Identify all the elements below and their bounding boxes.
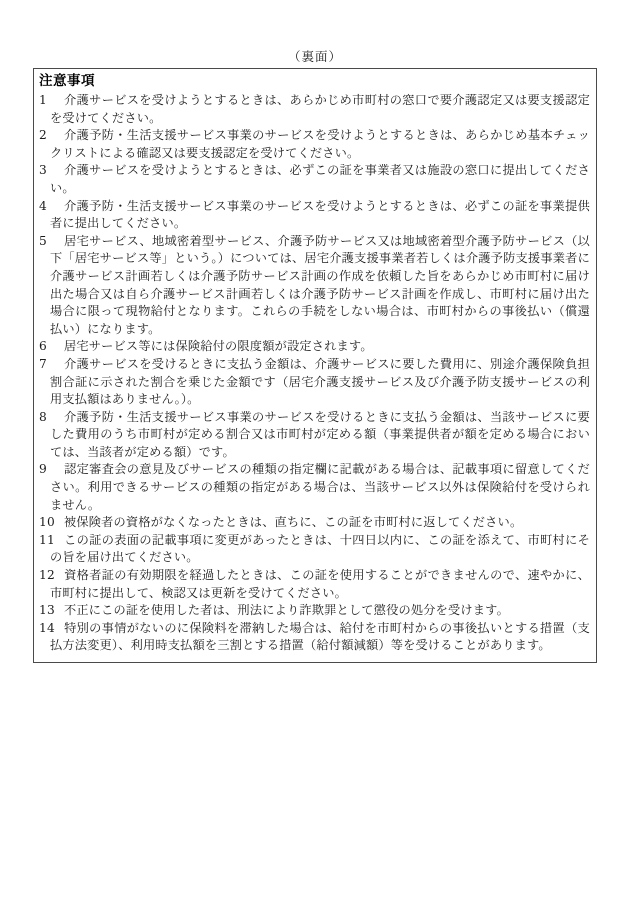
note-item-number: 1	[39, 92, 64, 110]
note-item-text: 特別の事情がないのに保険料を滞納した場合は、給付を市町村からの事後払いとする措置…	[50, 621, 590, 653]
note-item-text: 不正にこの証を使用した者は、刑法により詐欺罪として懲役の処分を受けます。	[64, 603, 509, 617]
note-item: 13不正にこの証を使用した者は、刑法により詐欺罪として懲役の処分を受けます。	[39, 602, 590, 620]
note-item-text: 介護サービスを受けるときに支払う金額は、介護サービスに要した費用に、別途介護保険…	[50, 357, 590, 406]
note-item-number: 9	[39, 461, 64, 479]
note-item-number: 5	[39, 233, 64, 251]
note-item-text: 認定審査会の意見及びサービスの種類の指定欄に記載がある場合は、記載事項に留意して…	[50, 462, 590, 511]
note-item-number: 6	[39, 338, 64, 356]
note-item: 4介護予防・生活支援サービス事業のサービスを受けようとするときは、必ずこの証を事…	[39, 198, 590, 233]
note-item-number: 7	[39, 356, 64, 374]
note-item: 14特別の事情がないのに保険料を滞納した場合は、給付を市町村からの事後払いとする…	[39, 620, 590, 655]
note-item-number: 11	[39, 532, 64, 550]
note-item-text: 居宅サービス、地域密着型サービス、介護予防サービス又は地域密着型介護予防サービス…	[50, 234, 590, 336]
note-item: 1介護サービスを受けようとするときは、あらかじめ市町村の窓口で要介護認定又は要支…	[39, 92, 590, 127]
note-item: 7介護サービスを受けるときに支払う金額は、介護サービスに要した費用に、別途介護保…	[39, 356, 590, 409]
note-item-text: 介護サービスを受けようとするときは、あらかじめ市町村の窓口で要介護認定又は要支援…	[50, 93, 590, 125]
note-item-number: 10	[39, 514, 64, 532]
note-item-number: 3	[39, 162, 64, 180]
note-item-text: 資格者証の有効期限を経過したときは、この証を使用することができませんので、速やか…	[50, 568, 590, 600]
note-item-text: 介護サービスを受けようとするときは、必ずこの証を事業者又は施設の窓口に提出してく…	[50, 163, 590, 195]
note-item-number: 12	[39, 567, 64, 585]
note-item-number: 4	[39, 198, 64, 216]
note-item-number: 13	[39, 602, 64, 620]
note-item: 5居宅サービス、地域密着型サービス、介護予防サービス又は地域密着型介護予防サービ…	[39, 233, 590, 339]
document-page: { "page": { "side_label": "（裏面）" }, "not…	[0, 0, 630, 915]
note-item: 3介護サービスを受けようとするときは、必ずこの証を事業者又は施設の窓口に提出して…	[39, 162, 590, 197]
note-item-text: 介護予防・生活支援サービス事業のサービスを受けるときに支払う金額は、当該サービス…	[50, 410, 590, 459]
note-item-number: 8	[39, 409, 64, 427]
note-item-number: 14	[39, 620, 64, 638]
note-item-text: この証の表面の記載事項に変更があったときは、十四日以内に、この証を添えて、市町村…	[50, 533, 590, 565]
notice-box: 注意事項 1介護サービスを受けようとするときは、あらかじめ市町村の窓口で要介護認…	[33, 68, 597, 663]
note-item: 11この証の表面の記載事項に変更があったときは、十四日以内に、この証を添えて、市…	[39, 532, 590, 567]
note-item: 9認定審査会の意見及びサービスの種類の指定欄に記載がある場合は、記載事項に留意し…	[39, 461, 590, 514]
notice-list: 1介護サービスを受けようとするときは、あらかじめ市町村の窓口で要介護認定又は要支…	[39, 92, 590, 655]
note-item-text: 被保険者の資格がなくなったときは、直ちに、この証を市町村に返してください。	[64, 515, 522, 529]
note-item: 12資格者証の有効期限を経過したときは、この証を使用することができませんので、速…	[39, 567, 590, 602]
note-item: 6居宅サービス等には保険給付の限度額が設定されます。	[39, 338, 590, 356]
notice-heading: 注意事項	[39, 72, 590, 91]
note-item-text: 居宅サービス等には保険給付の限度額が設定されます。	[64, 339, 373, 353]
note-item-number: 2	[39, 127, 64, 145]
note-item-text: 介護予防・生活支援サービス事業のサービスを受けようとするときは、あらかじめ基本チ…	[50, 128, 590, 160]
note-item: 2介護予防・生活支援サービス事業のサービスを受けようとするときは、あらかじめ基本…	[39, 127, 590, 162]
note-item: 10被保険者の資格がなくなったときは、直ちに、この証を市町村に返してください。	[39, 514, 590, 532]
note-item-text: 介護予防・生活支援サービス事業のサービスを受けようとするときは、必ずこの証を事業…	[50, 199, 590, 231]
note-item: 8介護予防・生活支援サービス事業のサービスを受けるときに支払う金額は、当該サービ…	[39, 409, 590, 462]
page-side-label: （裏面）	[0, 49, 630, 65]
